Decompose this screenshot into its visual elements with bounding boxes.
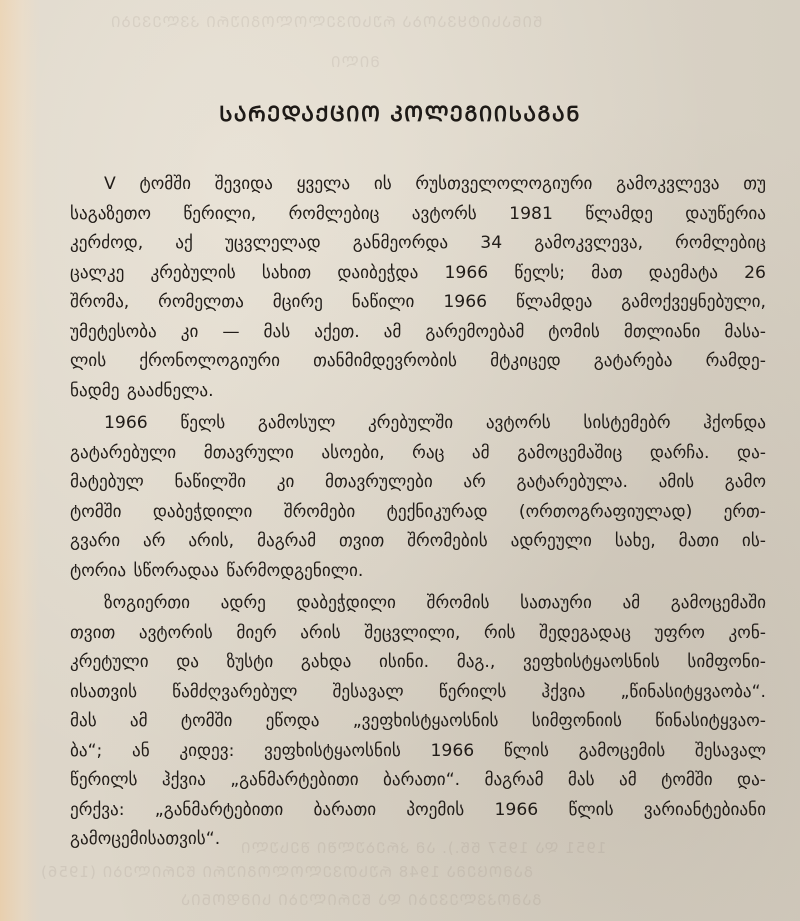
text-line: ტორია სწორადაა წარმოდგენილი.	[70, 557, 766, 587]
text-line: გამოცემისათვის“.	[70, 825, 766, 855]
paragraph-3: ზოგიერთი ადრე დაბეჭდილი შრომის სათაური ა…	[70, 589, 766, 855]
text-line: ცალკე კრებულის სახით დაიბეჭდა 1966 წელს;…	[70, 259, 766, 289]
show-through-text: ᲬᲘᲜᲐᲡᲘᲢᲧᲕᲐᲝᲑᲐ ᲠᲣᲡᲗᲕᲔᲚᲝᲚᲝᲒᲘᲣᲠᲘ ᲙᲕᲚᲔᲕᲔᲑᲘ	[110, 12, 542, 32]
text-line: ბა“; ან კიდევ: ვეფხისტყაოსნის 1966 წლის …	[70, 737, 766, 767]
body-text: V ტომში შევიდა ყველა ის რუსთველოლოგიური …	[70, 170, 766, 858]
text-line: 1966 წელს გამოსულ კრებულში ავტორს სისტემ…	[70, 409, 766, 439]
book-page: ᲬᲘᲜᲐᲡᲘᲢᲧᲕᲐᲝᲑᲐ ᲠᲣᲡᲗᲕᲔᲚᲝᲚᲝᲒᲘᲣᲠᲘ ᲙᲕᲚᲔᲕᲔᲑᲘ Მ…	[0, 0, 800, 921]
show-through-text: ᲒᲐᲛᲝᲙᲕᲚᲔᲕᲔᲑᲘ ᲓᲐ ᲬᲔᲠᲘᲚᲔᲑᲘ ᲡᲘᲛᲤᲝᲜᲘᲐ	[180, 890, 541, 910]
show-through-text: ᲛᲘᲚᲘ	[330, 52, 380, 72]
text-line: ისათვის წამძღვარებულ შესავალ წერილს ჰქვი…	[70, 678, 766, 708]
text-line: წერილს ჰქვია „განმარტებითი ბარათი“. მაგრ…	[70, 766, 766, 796]
text-line: უმეტესობა კი — მას აქეთ. ამ გარემოებამ ტ…	[70, 318, 766, 348]
text-line: ზოგიერთი ადრე დაბეჭდილი შრომის სათაური ა…	[70, 589, 766, 619]
text-line: ერქვა: „განმარტებითი ბარათი პოემის 1966 …	[70, 796, 766, 826]
text-line: ლის ქრონოლოგიური თანმიმდევრობის მტკიცედ …	[70, 347, 766, 377]
text-line: კერძოდ, აქ უცვლელად განმეორდა 34 გამოკვლ…	[70, 229, 766, 259]
text-line: შრომა, რომელთა მცირე ნაწილი 1966 წლამდეა…	[70, 288, 766, 318]
text-line: გატარებული მთავრული ასოები, რაც ამ გამოც…	[70, 439, 766, 469]
text-line: ტომში დაბეჭდილი შრომები ტექნიკურად (ორთო…	[70, 498, 766, 528]
show-through-text: ᲒᲐᲛᲝᲪᲔᲛᲐ 1948 ᲠᲣᲡᲗᲕᲔᲚᲝᲚᲝᲒᲘᲣᲠᲘ ᲬᲔᲠᲘᲚᲔᲑᲘ (…	[40, 862, 533, 882]
text-line: კრეტული და ზუსტი გახდა ისინი. მაგ., ვეფხ…	[70, 648, 766, 678]
text-line: საგაზეთო წერილი, რომლებიც ავტორს 1981 წლ…	[70, 200, 766, 230]
text-line: გვარი არ არის, მაგრამ თვით შრომების ადრე…	[70, 527, 766, 557]
text-line: V ტომში შევიდა ყველა ის რუსთველოლოგიური …	[70, 170, 766, 200]
paragraph-1: V ტომში შევიდა ყველა ის რუსთველოლოგიური …	[70, 170, 766, 406]
text-line: მატებულ ნაწილში კი მთავრულები არ გატარებ…	[70, 468, 766, 498]
text-line: თვით ავტორის მიერ არის შეცვლილი, რის შედ…	[70, 619, 766, 649]
text-line: მას ამ ტომში ეწოდა „ვეფხისტყაოსნის სიმფო…	[70, 707, 766, 737]
paragraph-2: 1966 წელს გამოსულ კრებულში ავტორს სისტემ…	[70, 409, 766, 586]
page-heading: ᲡᲐᲠᲔᲓᲐᲥᲪᲘᲝ ᲙᲝᲚᲔᲒᲘᲘᲡᲐᲒᲐᲜ	[0, 100, 800, 128]
text-line: ნადმე გააძნელა.	[70, 377, 766, 407]
